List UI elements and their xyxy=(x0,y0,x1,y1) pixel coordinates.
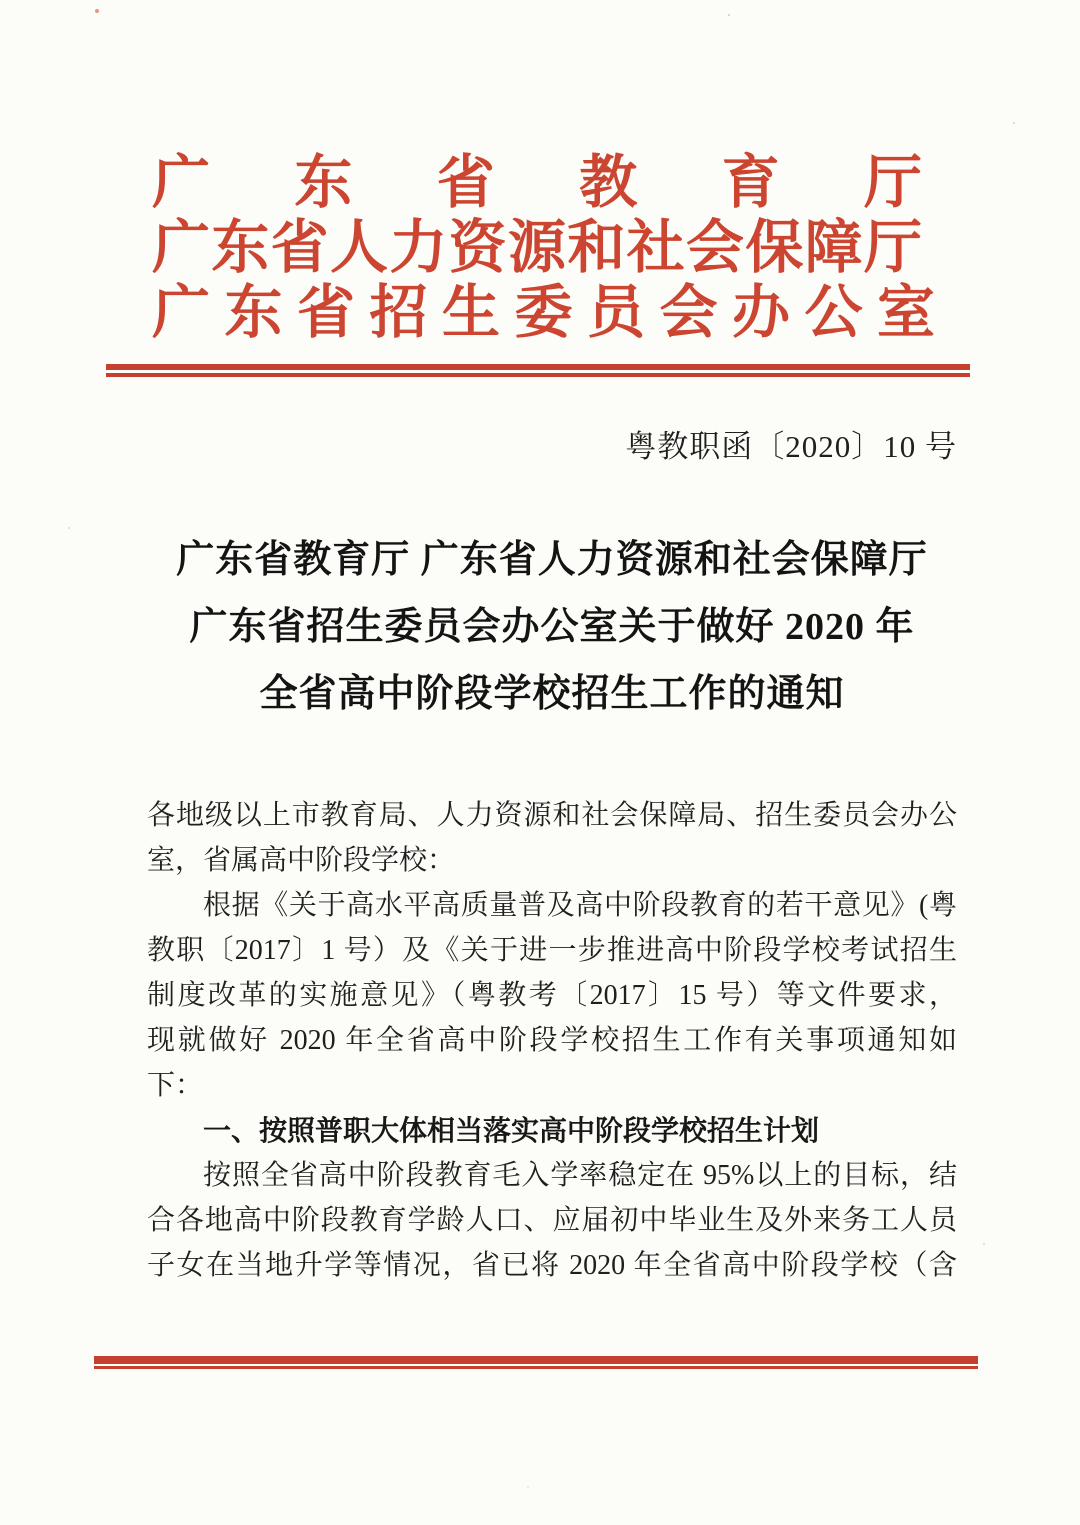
document-title-line: 全省高中阶段学校招生工作的通知 xyxy=(147,661,957,728)
letterhead-divider xyxy=(106,364,970,377)
body-line: 室，省属高中阶段学校： xyxy=(147,838,957,883)
document-body: 各地级以上市教育局、人力资源和社会保障局、招生委员会办公 室，省属高中阶段学校：… xyxy=(147,793,957,1288)
letterhead-org-hr-social-security-dept: 广东省人力资源和社会保障厅 xyxy=(152,215,922,280)
letterhead: 广 东 省 教 育 厅 广东省人力资源和社会保障厅 广 东 省 招 生 委 员 … xyxy=(152,0,922,345)
letterhead-org-admissions-committee-office: 广 东 省 招 生 委 员 会 办 公 室 xyxy=(152,280,922,345)
divider-thin-line xyxy=(94,1366,978,1369)
body-line: 按照全省高中阶段教育毛入学率稳定在 95%以上的目标，结 xyxy=(147,1153,957,1198)
body-line: 教职〔2017〕1 号）及《关于进一步推进高中阶段学校考试招生 xyxy=(147,928,957,973)
body-line: 子女在当地升学等情况，省已将 2020 年全省高中阶段学校（含 xyxy=(147,1243,957,1288)
divider-thick-line xyxy=(94,1356,978,1364)
divider-thick-line xyxy=(106,364,970,370)
letterhead-org-education-dept: 广 东 省 教 育 厅 xyxy=(152,150,922,215)
scan-noise xyxy=(0,0,2,2)
document-title: 广东省教育厅 广东省人力资源和社会保障厅 广东省招生委员会办公室关于做好 202… xyxy=(147,527,957,728)
body-line: 合各地高中阶段教育学龄人口、应届初中毕业生及外来务工人员 xyxy=(147,1198,957,1243)
divider-thin-line xyxy=(106,373,970,377)
body-line: 下： xyxy=(147,1063,957,1108)
body-line: 各地级以上市教育局、人力资源和社会保障局、招生委员会办公 xyxy=(147,793,957,838)
document-title-line: 广东省教育厅 广东省人力资源和社会保障厅 xyxy=(147,527,957,594)
section-heading: 一、按照普职大体相当落实高中阶段学校招生计划 xyxy=(147,1108,957,1153)
document-number: 粤教职函〔2020〕10 号 xyxy=(147,427,957,467)
body-line: 根据《关于高水平高质量普及高中阶段教育的若干意见》(粤 xyxy=(147,883,957,928)
body-line: 现就做好 2020 年全省高中阶段学校招生工作有关事项通知如 xyxy=(147,1018,957,1063)
body-line: 制度改革的实施意见》（粤教考〔2017〕15 号）等文件要求， xyxy=(147,973,957,1018)
footer-divider xyxy=(94,1356,978,1369)
document-title-line: 广东省招生委员会办公室关于做好 2020 年 xyxy=(147,594,957,661)
document-page: 广 东 省 教 育 厅 广东省人力资源和社会保障厅 广 东 省 招 生 委 员 … xyxy=(0,0,1080,1525)
